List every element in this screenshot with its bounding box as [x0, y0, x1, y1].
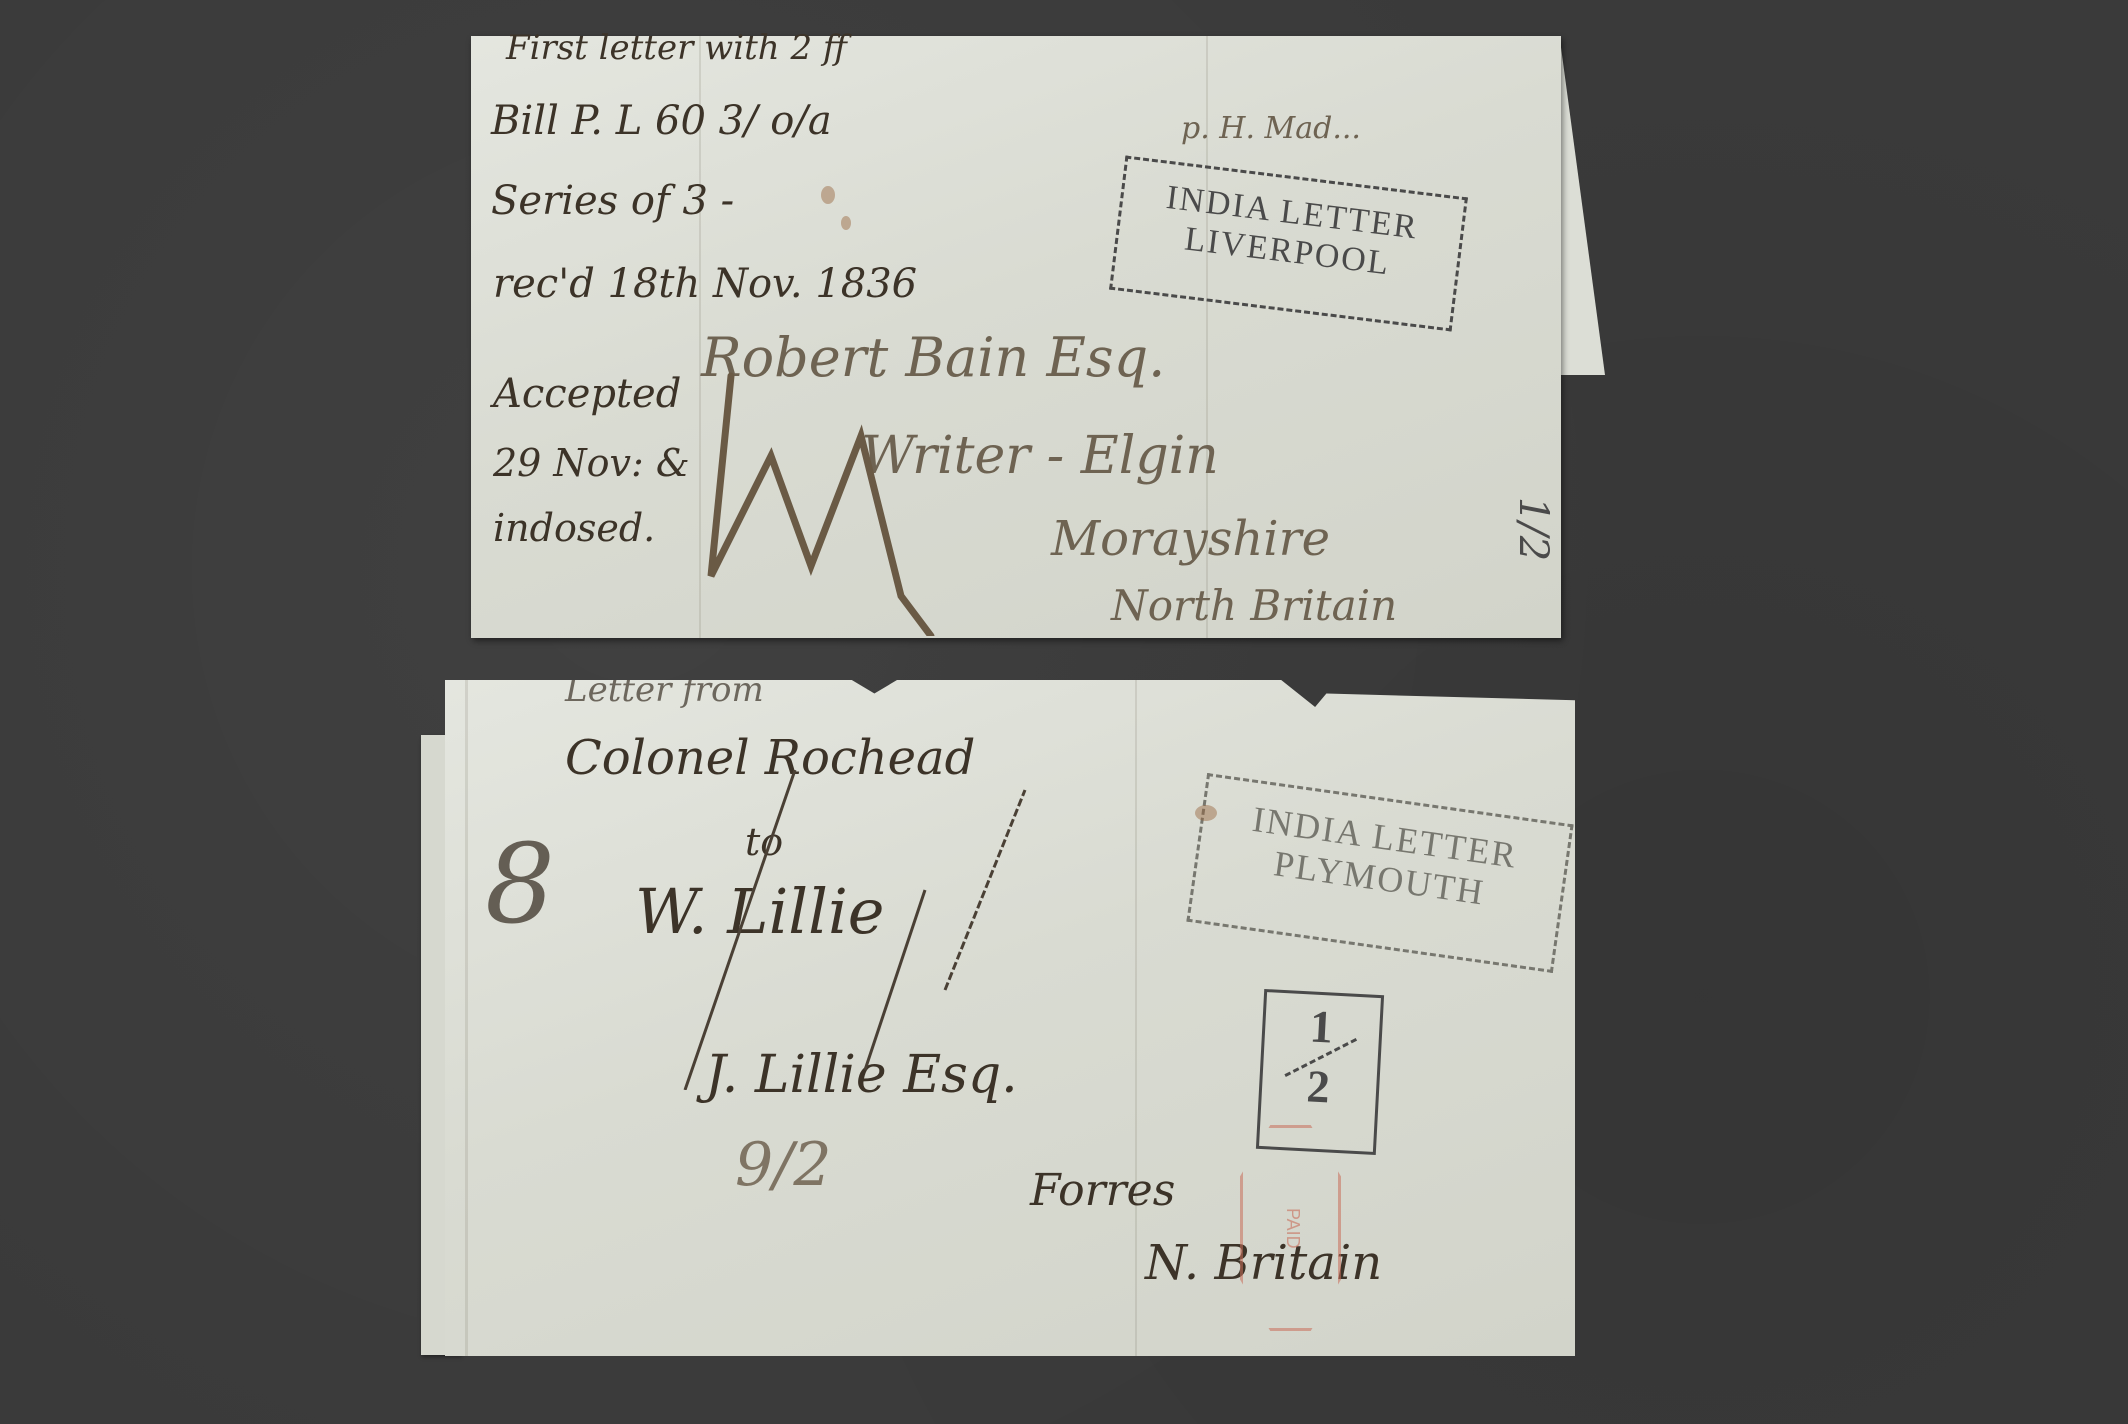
india-letter-plymouth-stamp: INDIA LETTER PLYMOUTH [1186, 773, 1573, 973]
address-line-3: Forres [1030, 1165, 1175, 1216]
red-octagon-handstamp: PAID [1240, 1125, 1341, 1331]
letter-bottom: Letter from Colonel Rochead 8 to W. Lill… [445, 680, 1575, 1356]
rate-scrawl [701, 336, 941, 636]
letter-top: First letter with 2 ff Bill P. L 60 3/ o… [471, 36, 1561, 638]
ink-stain [821, 186, 835, 204]
docket-line-4: rec'd 18th Nov. 1836 [493, 261, 917, 307]
docket-line-3: Series of 3 - [491, 178, 734, 224]
ink-stain [841, 216, 851, 230]
side-rate-mark: 1/2 [1510, 497, 1556, 561]
fold-crease [1135, 680, 1137, 1356]
accepted-line-1: Accepted [493, 371, 681, 417]
address-line-4: North Britain [1111, 581, 1397, 630]
ink-stain [1195, 805, 1217, 821]
address-line-3: Morayshire [1051, 511, 1330, 567]
accepted-line-2: 29 Nov: & [493, 441, 690, 485]
india-letter-liverpool-stamp: INDIA LETTER LIVERPOOL [1109, 155, 1468, 331]
manuscript-rate: 9/2 [735, 1130, 832, 1200]
fold-crease [465, 680, 468, 1356]
accepted-line-3: indosed. [493, 506, 655, 550]
docket-line-2: Bill P. L 60 3/ o/a [491, 98, 832, 144]
boxed-half-rate-stamp: 1 2 [1256, 989, 1384, 1155]
rate-mark-left: 8 [485, 820, 555, 948]
top-note: p. H. Mad... [1181, 111, 1361, 146]
rate-denominator: 2 [1261, 1058, 1378, 1117]
docket-line-1: First letter with 2 ff [506, 28, 847, 68]
pen-strokes [565, 770, 1085, 1090]
rate-numerator: 1 [1264, 998, 1381, 1057]
